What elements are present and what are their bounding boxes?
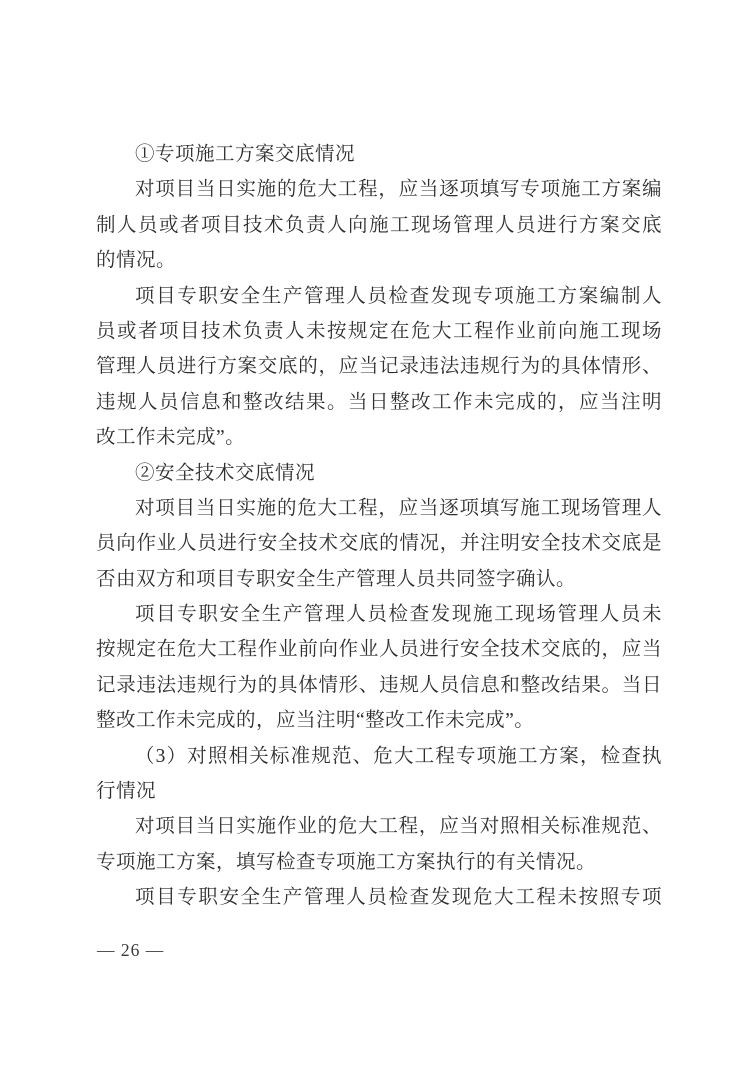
text-line: 记录违法违规行为的具体情形、违规人员信息和整改结果。当日 xyxy=(96,668,662,703)
text-line: 项目专职安全生产管理人员检查发现施工现场管理人员未 xyxy=(96,597,662,632)
paragraph: （3）对照相关标准规范、危大工程专项施工方案，检查执行情况 xyxy=(96,739,662,810)
paragraph: 项目专职安全生产管理人员检查发现危大工程未按照专项 xyxy=(96,880,662,915)
text-line: 员或者项目技术负责人未按规定在危大工程作业前向施工现场 xyxy=(96,314,662,349)
text-line: 否由双方和项目专职安全生产管理人员共同签字确认。 xyxy=(96,562,662,597)
paragraph: ②安全技术交底情况 xyxy=(96,456,662,491)
text-line: 对项目当日实施的危大工程，应当逐项填写专项施工方案编 xyxy=(96,172,662,207)
text-line: （3）对照相关标准规范、危大工程专项施工方案，检查执 xyxy=(96,739,662,774)
text-line: 管理人员进行方案交底的，应当记录违法违规行为的具体情形、 xyxy=(96,349,662,384)
text-line: 对项目当日实施的危大工程，应当逐项填写施工现场管理人 xyxy=(96,491,662,526)
text-line: 项目专职安全生产管理人员检查发现专项施工方案编制人 xyxy=(96,279,662,314)
text-line: ①专项施工方案交底情况 xyxy=(96,137,662,172)
text-line: 的情况。 xyxy=(96,243,662,278)
paragraph: 项目专职安全生产管理人员检查发现专项施工方案编制人员或者项目技术负责人未按规定在… xyxy=(96,279,662,456)
paragraph: 对项目当日实施的危大工程，应当逐项填写施工现场管理人员向作业人员进行安全技术交底… xyxy=(96,491,662,597)
text-line: 对项目当日实施作业的危大工程，应当对照相关标准规范、 xyxy=(96,809,662,844)
paragraph: 对项目当日实施的危大工程，应当逐项填写专项施工方案编制人员或者项目技术负责人向施… xyxy=(96,172,662,278)
text-line: 违规人员信息和整改结果。当日整改工作未完成的，应当注明“整 xyxy=(96,385,662,420)
paragraph: 对项目当日实施作业的危大工程，应当对照相关标准规范、专项施工方案，填写检查专项施… xyxy=(96,809,662,880)
page-number: — 26 — xyxy=(97,938,164,962)
paragraph: ①专项施工方案交底情况 xyxy=(96,137,662,172)
text-line: ②安全技术交底情况 xyxy=(96,456,662,491)
paragraph: 项目专职安全生产管理人员检查发现施工现场管理人员未按规定在危大工程作业前向作业人… xyxy=(96,597,662,739)
text-line: 制人员或者项目技术负责人向施工现场管理人员进行方案交底 xyxy=(96,208,662,243)
text-line: 项目专职安全生产管理人员检查发现危大工程未按照专项 xyxy=(96,880,662,915)
text-line: 整改工作未完成的，应当注明“整改工作未完成”。 xyxy=(96,703,662,738)
document-content: ①专项施工方案交底情况对项目当日实施的危大工程，应当逐项填写专项施工方案编制人员… xyxy=(96,137,662,916)
text-line: 专项施工方案，填写检查专项施工方案执行的有关情况。 xyxy=(96,845,662,880)
text-line: 改工作未完成”。 xyxy=(96,420,662,455)
text-line: 员向作业人员进行安全技术交底的情况，并注明安全技术交底是 xyxy=(96,526,662,561)
text-line: 行情况 xyxy=(96,774,662,809)
text-line: 按规定在危大工程作业前向作业人员进行安全技术交底的，应当 xyxy=(96,632,662,667)
document-page: ①专项施工方案交底情况对项目当日实施的危大工程，应当逐项填写专项施工方案编制人员… xyxy=(0,0,756,1068)
